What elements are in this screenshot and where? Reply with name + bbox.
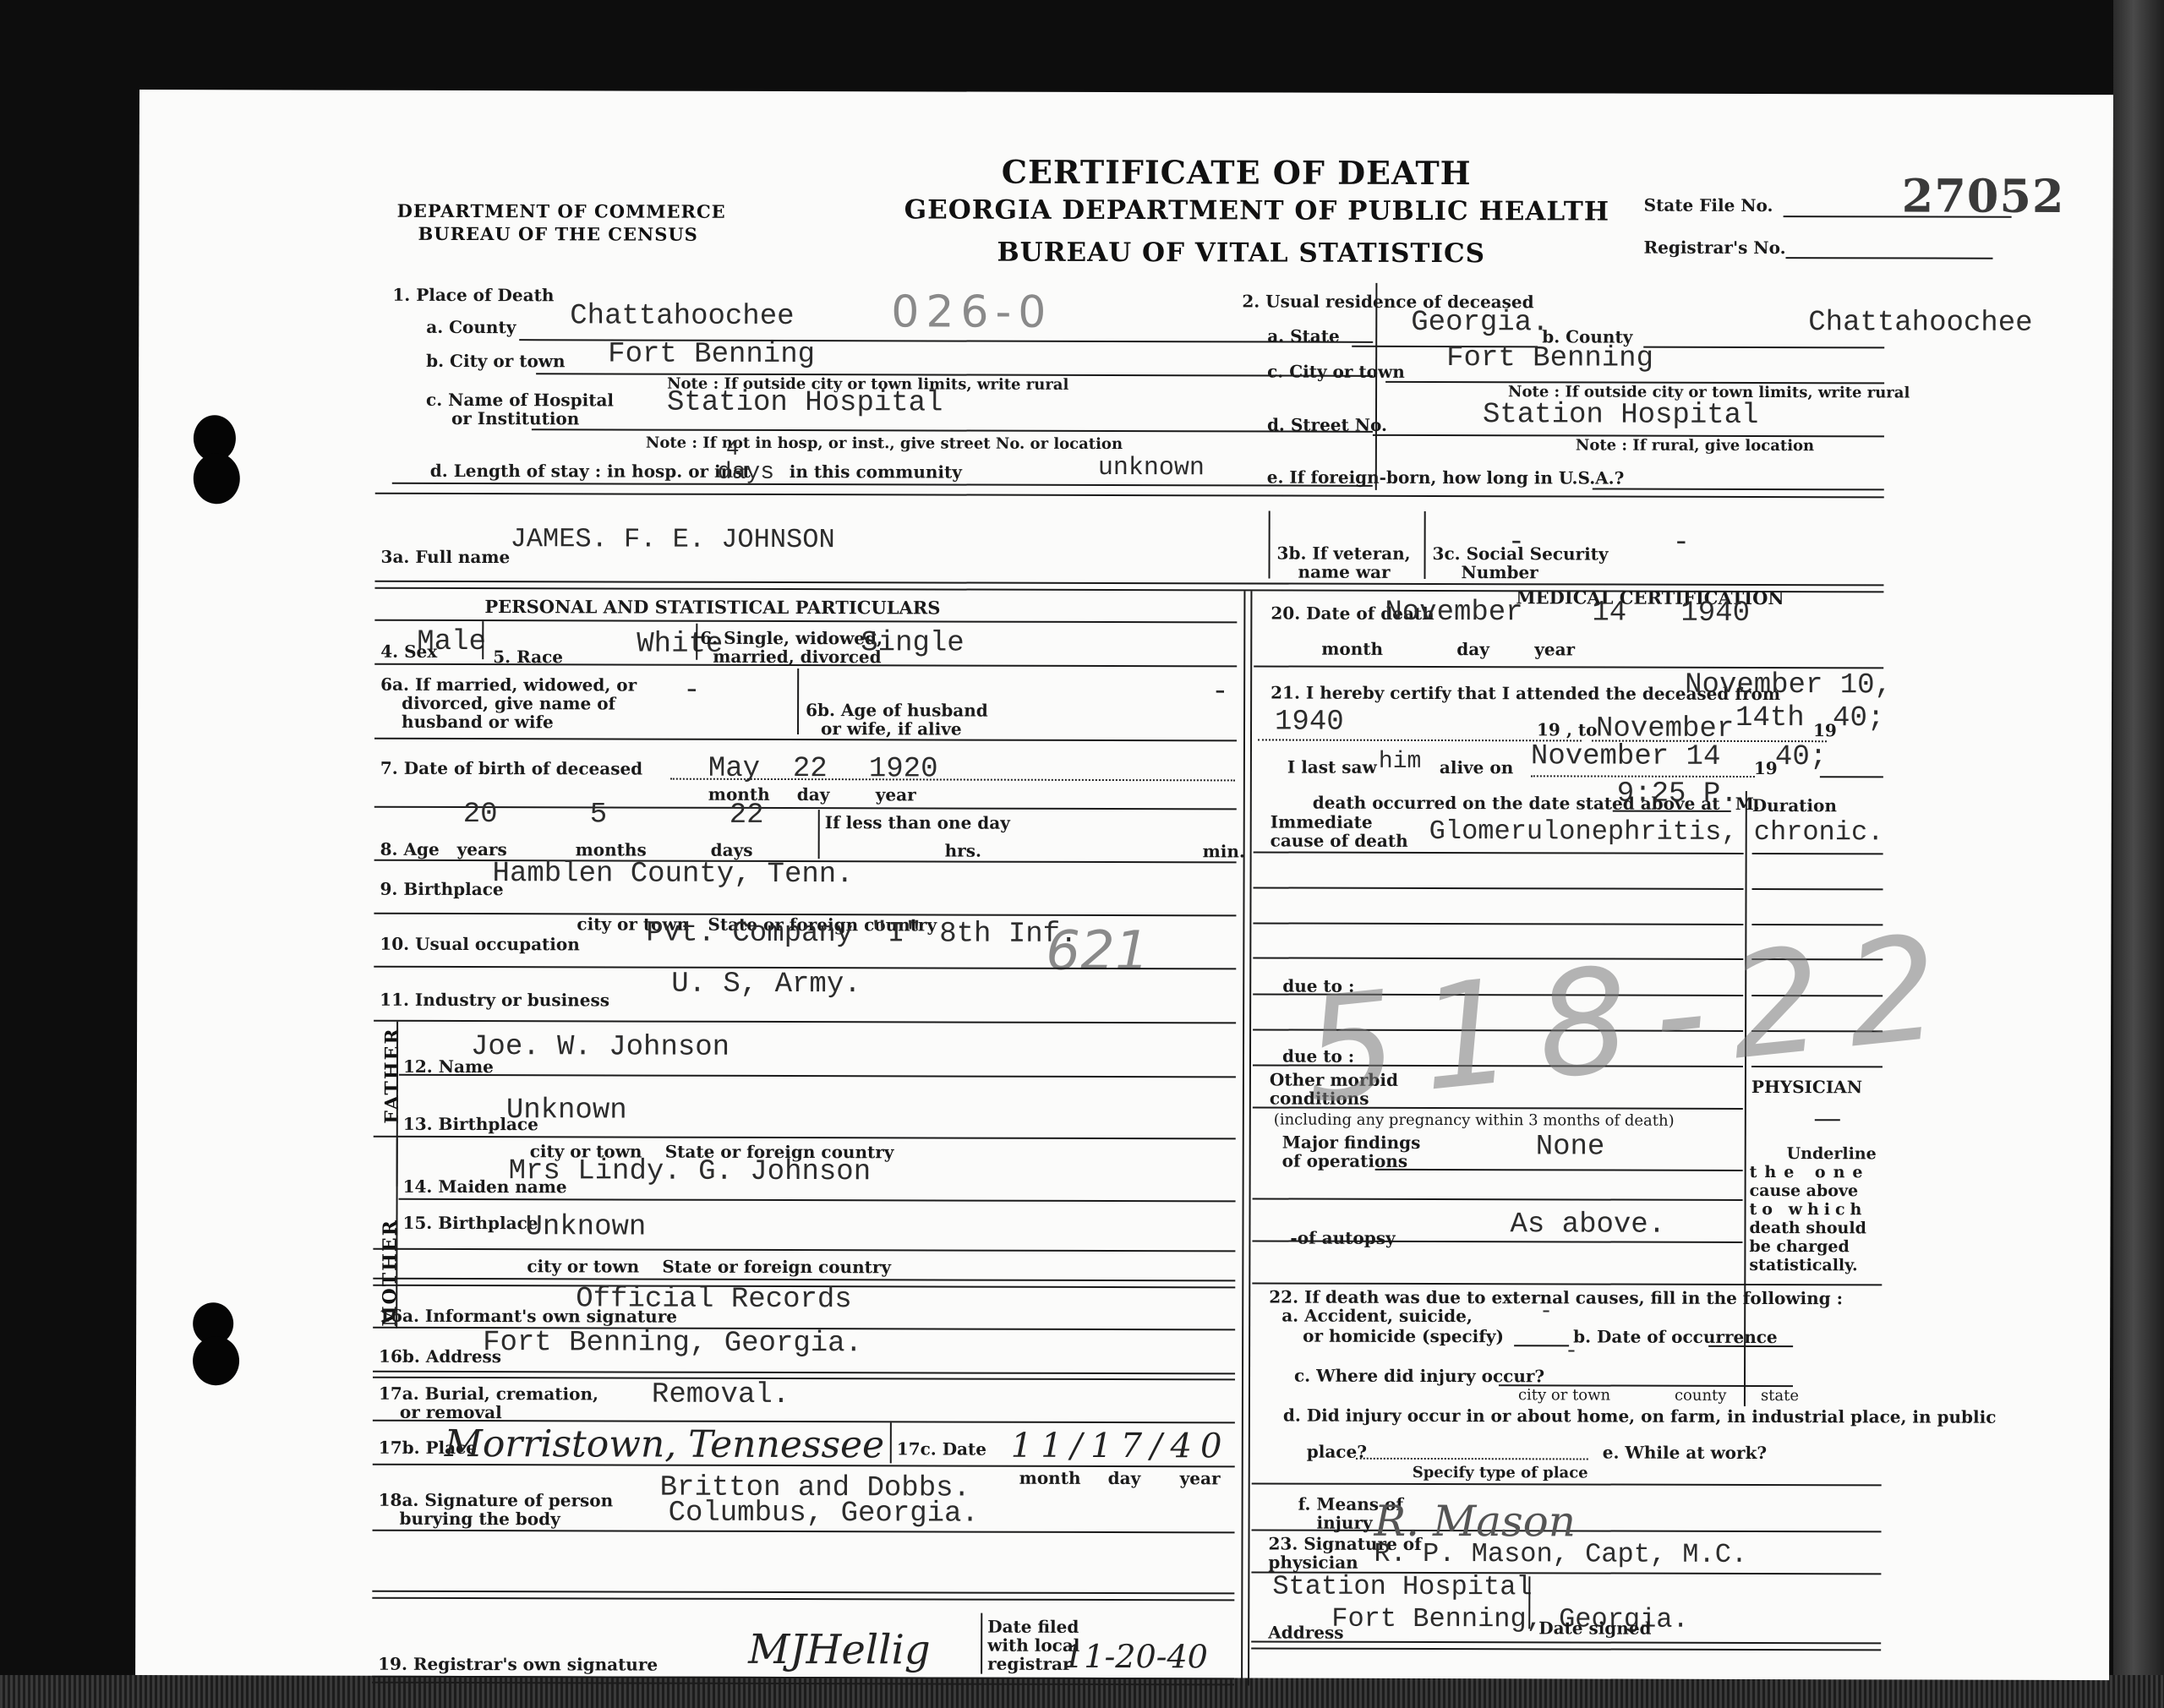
center-divider-b: [1248, 591, 1252, 1685]
full-name-value: JAMES. F. E. JOHNSON: [511, 526, 835, 554]
dob-year: 1920: [869, 755, 938, 783]
father-section-label: FATHER: [381, 1040, 403, 1124]
attended-to-year: 40;: [1833, 704, 1884, 733]
burial-label-1: 17a. Burial, cremation,: [379, 1385, 598, 1403]
age-days: 22: [730, 801, 764, 830]
res-note-location: Note : If rural, give location: [1576, 438, 1814, 454]
birthplace-label: 9. Birthplace: [380, 881, 503, 898]
stay-label: d. Length of stay : in hosp. or inst: [430, 462, 751, 480]
industry-label: 11. Industry or business: [380, 991, 609, 1009]
res-city-label: c. City or town: [1267, 363, 1405, 379]
res-street-label: d. Street No.: [1267, 416, 1387, 433]
underline-note-line: statistically.: [1749, 1256, 1876, 1274]
punch-hole-bottom-lower: [193, 1336, 239, 1385]
sex-value: Male: [417, 628, 486, 657]
occupation-label: 10. Usual occupation: [380, 936, 579, 953]
last-saw-pronoun: him: [1379, 750, 1421, 774]
stay-community-value: unknown: [1098, 456, 1205, 481]
age-label: 8. Age: [380, 841, 440, 858]
top-divider: [1375, 283, 1378, 490]
undertaker-label-1: 18a. Signature of person: [379, 1492, 614, 1509]
spouse-label-3: husband or wife: [402, 713, 554, 730]
res-state-label: a. State: [1267, 327, 1340, 344]
where-value: -: [1565, 1340, 1578, 1361]
immediate-label-2: cause of death: [1271, 832, 1408, 849]
underline-note-line: to which: [1750, 1200, 1877, 1219]
stay-hosp-days-unit: days: [718, 461, 774, 485]
age-years: 20: [463, 800, 498, 829]
physician-address-line1: Station Hospital: [1272, 1574, 1532, 1602]
scan-edge-bottom: [0, 1675, 2164, 1708]
industry-value: U. S, Army.: [671, 970, 861, 1000]
veteran-label-1: 3b. If veteran,: [1277, 545, 1411, 562]
death-certificate-page: DEPARTMENT OF COMMERCE BUREAU OF THE CEN…: [135, 90, 2113, 1680]
attended-from: November 10,: [1685, 671, 1892, 701]
burial-month-caption: month: [1019, 1470, 1081, 1487]
accident-value: -: [1539, 1300, 1553, 1322]
registrar-signature-label: 19. Registrar's own signature: [378, 1656, 658, 1673]
where-city-caption: city or town: [1518, 1388, 1610, 1403]
georgia-dept-line: GEORGIA DEPARTMENT OF PUBLIC HEALTH: [904, 194, 1610, 226]
hospital-label-1: c. Name of Hospital: [426, 391, 614, 409]
res-street-value: Station Hospital: [1483, 401, 1759, 430]
mother-birthplace-label: 15. Birthplace: [402, 1214, 538, 1231]
burial-date-value: 11/17/40: [1011, 1429, 1231, 1464]
at-work-label: e. While at work?: [1603, 1444, 1767, 1462]
personal-heading: PERSONAL AND STATISTICAL PARTICULARS: [484, 598, 940, 616]
date-filed-value: 11-20-40: [1063, 1640, 1208, 1673]
city-label: b. City or town: [426, 352, 565, 369]
hrs-caption: hrs.: [945, 842, 981, 859]
death-year-caption: year: [1534, 641, 1575, 658]
mother-city-caption: city or town: [527, 1258, 639, 1274]
autopsy-label: -of autopsy: [1290, 1230, 1395, 1247]
state-file-number: 27052: [1902, 168, 2065, 223]
father-birthplace-value: Unknown: [506, 1096, 627, 1125]
operations-label-2: of operations: [1282, 1153, 1407, 1170]
external-heading: 22. If death was due to external causes,…: [1269, 1289, 1843, 1307]
city-value: Fort Benning: [608, 340, 815, 369]
death-year: 1940: [1680, 599, 1750, 628]
underline-note-line: cause above: [1750, 1181, 1877, 1200]
spouse-value: -: [683, 677, 700, 706]
to-label: , to: [1566, 721, 1598, 738]
underline-note-line: be charged: [1749, 1237, 1876, 1256]
min-caption: min.: [1203, 843, 1245, 859]
stay-hosp-days-number: 4: [726, 438, 740, 460]
last-saw-date: November 14: [1531, 742, 1721, 772]
occupation-value: Pvt. Company "I" 8th Inf.: [646, 919, 1077, 949]
underline-note-line: death should: [1749, 1219, 1876, 1237]
burial-label-2: or removal: [400, 1404, 502, 1421]
bureau-census-line: BUREAU OF THE CENSUS: [418, 223, 698, 245]
date-filed-label-1: Date filed: [987, 1618, 1079, 1635]
autopsy-value: As above.: [1510, 1210, 1665, 1239]
birthplace-city: Hamblen County,: [493, 859, 751, 889]
occupation-code: 621: [1046, 925, 1149, 979]
county-value: Chattahoochee: [570, 302, 794, 331]
operations-value: None: [1536, 1132, 1605, 1161]
res-foreign-label: e. If foreign-born, how long in U.S.A.?: [1267, 468, 1625, 486]
registrar-no-label: Registrar's No.: [1643, 239, 1785, 256]
physician-typed-name: R. P. Mason, Capt, M.C.: [1374, 1541, 1747, 1569]
res-state-value: Georgia.: [1411, 308, 1549, 337]
certificate-title: CERTIFICATE OF DEATH: [1002, 153, 1472, 192]
place-of-death-heading: 1. Place of Death: [392, 286, 554, 304]
dob-month: May: [708, 755, 760, 783]
specify-caption: Specify type of place: [1413, 1465, 1588, 1482]
stay-community-label: in this community: [790, 463, 962, 481]
age-months: 5: [590, 800, 607, 829]
res-city-value: Fort Benning: [1446, 344, 1653, 374]
department-line: DEPARTMENT OF COMMERCE: [397, 200, 726, 222]
death-time-value: 9:25 P.: [1617, 780, 1738, 809]
spouse-label-1: 6a. If married, widowed, or: [380, 676, 637, 694]
marital-label-1: 6. Single, widowed,: [700, 630, 883, 647]
home-farm-label: d. Did injury occur in or about home, on…: [1283, 1407, 1997, 1426]
underline-note: Underline the one cause above to which d…: [1749, 1144, 1876, 1274]
pencil-code-overlay: 518-22: [1298, 914, 1970, 1124]
operations-label-1: Major findings: [1282, 1134, 1421, 1151]
burial-date-label: 17c. Date: [897, 1440, 986, 1457]
date-filed-label-3: registrar: [987, 1656, 1071, 1673]
undertaker-label-2: burying the body: [400, 1510, 560, 1527]
nineteen-1: 19: [1537, 721, 1560, 738]
underline-note-line: the one: [1750, 1163, 1877, 1181]
dob-label: 7. Date of birth of deceased: [380, 760, 642, 778]
immediate-cause-value: Glomerulonephritis, chronic.: [1429, 818, 1884, 846]
last-saw-label: I last saw: [1287, 759, 1377, 776]
death-month: November: [1385, 598, 1522, 627]
county-label: a. County: [426, 319, 516, 336]
spouse-label-2: divorced, give name of: [402, 695, 615, 712]
death-day: 14: [1592, 599, 1626, 628]
dob-day-caption: day: [797, 786, 830, 803]
informant-value: Official Records: [576, 1285, 852, 1314]
date-signed-label: Date signed: [1538, 1619, 1651, 1636]
informant-address-value: Fort Benning, Georgia.: [483, 1329, 862, 1358]
father-name-value: Joe. W. Johnson: [471, 1033, 730, 1062]
hospital-label-2: or Institution: [451, 410, 579, 427]
physician-signature-label-2: physician: [1268, 1554, 1358, 1571]
less-than-day-label: If less than one day: [825, 814, 1010, 832]
state-file-label: State File No.: [1644, 197, 1773, 214]
county-code: 026-0: [891, 290, 1052, 335]
underline-note-line: Underline: [1750, 1144, 1877, 1163]
last-saw-year: 40;: [1775, 743, 1827, 772]
marital-value: Single: [861, 629, 965, 658]
mother-state-caption: State or foreign country: [662, 1258, 891, 1276]
death-month-caption: month: [1321, 641, 1383, 658]
mother-birthplace-value: Unknown: [525, 1213, 646, 1241]
nineteen-3: 19: [1754, 760, 1778, 777]
date-occurrence-label: b. Date of occurrence: [1573, 1328, 1778, 1345]
accident-label-1: a. Accident, suicide,: [1281, 1307, 1473, 1325]
vital-stats-line: BUREAU OF VITAL STATISTICS: [997, 237, 1485, 270]
full-name-label: 3a. Full name: [381, 548, 511, 565]
accident-label-2: or homicide (specify): [1303, 1328, 1504, 1345]
burial-value: Removal.: [652, 1381, 790, 1410]
registrar-signature: MJHellig: [748, 1629, 931, 1671]
duration-label: Duration: [1752, 797, 1837, 814]
marital-label-2: married, divorced: [713, 648, 881, 666]
dob-year-caption: year: [876, 786, 916, 803]
days-caption: days: [711, 842, 753, 859]
burial-day-caption: day: [1108, 1470, 1141, 1487]
dob-day: 22: [793, 755, 828, 783]
res-county-value: Chattahoochee: [1808, 308, 2032, 338]
burial-year-caption: year: [1180, 1470, 1221, 1487]
where-label: c. Where did injury occur?: [1294, 1367, 1544, 1385]
birthplace-state: Tenn.: [768, 860, 854, 889]
undertaker-value-2: Columbus, Georgia.: [669, 1499, 979, 1529]
ssn-label-1: 3c. Social Security: [1433, 545, 1609, 563]
where-state-caption: state: [1761, 1389, 1799, 1404]
center-divider-a: [1241, 591, 1245, 1685]
spouse-age-label-2: or wife, if alive: [821, 720, 962, 737]
scan-edge-right: [2113, 0, 2164, 1708]
registrar-no-line: [1785, 257, 1992, 259]
spouse-age-value: -: [1211, 678, 1228, 707]
alive-on-label: alive on: [1440, 759, 1513, 776]
years-caption: years: [457, 841, 507, 858]
ssn-label-2: Number: [1461, 564, 1538, 581]
punch-hole-top-lower: [194, 453, 240, 504]
ssn-value: -: [1673, 529, 1690, 558]
mother-name-value: Mrs Lindy. G. Johnson: [509, 1157, 872, 1187]
attended-from-year: 1940: [1275, 708, 1344, 737]
physician-signature-script: R. Mason: [1374, 1500, 1577, 1543]
note-street: Note : If not in hosp, or inst., give st…: [646, 436, 1123, 452]
veteran-label-2: name war: [1298, 564, 1390, 581]
death-day-caption: day: [1456, 641, 1489, 658]
burial-place-value: Morristown, Tennessee: [445, 1426, 884, 1464]
immediate-label-1: Immediate: [1271, 814, 1373, 831]
hospital-value: Station Hospital: [667, 389, 943, 418]
months-caption: months: [576, 841, 647, 858]
spouse-age-label-1: 6b. Age of husband: [806, 701, 988, 719]
where-county-caption: county: [1675, 1389, 1727, 1404]
attended-to-day: 14th: [1735, 704, 1805, 733]
